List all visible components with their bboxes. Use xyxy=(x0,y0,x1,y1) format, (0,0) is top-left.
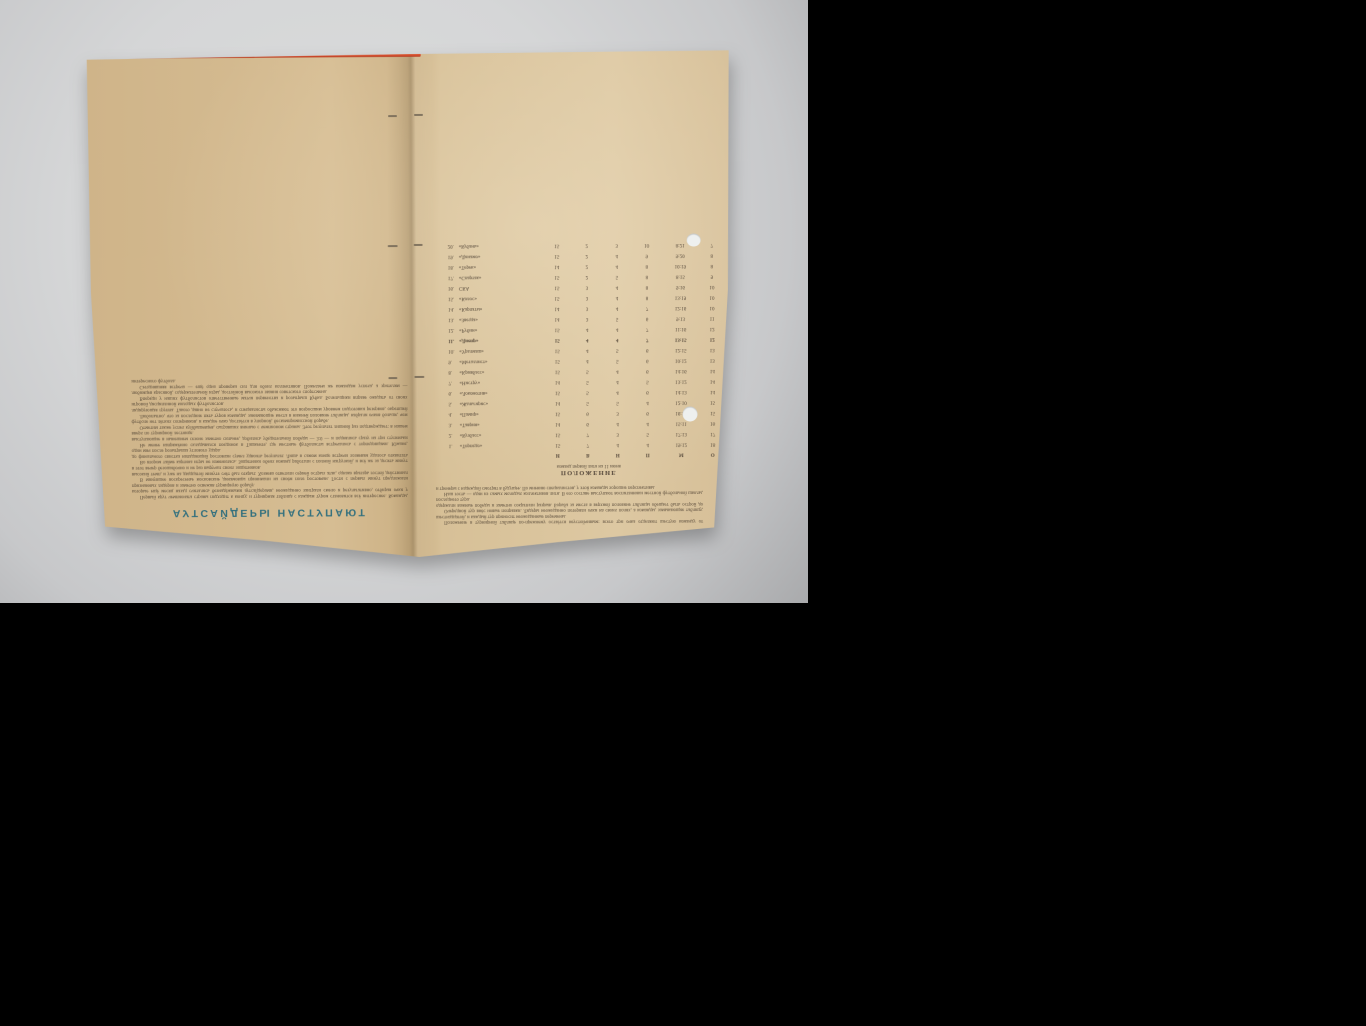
standings-paragraph: Очередной тур внёс новые поправки. Лидер… xyxy=(436,495,703,514)
team-position: 17. xyxy=(448,275,459,281)
points-cell: 10 xyxy=(699,295,725,301)
wins-cell: 5 xyxy=(572,390,602,396)
team-name: «Таврия» xyxy=(460,422,480,428)
wins-cell: 6 xyxy=(573,411,603,417)
team-name-cell: 18.«Терек» xyxy=(448,264,542,270)
points-cell: 9 xyxy=(699,274,725,280)
losses-cell: 6 xyxy=(632,358,662,364)
games-cell: 15 xyxy=(542,369,572,375)
losses-cell: 4 xyxy=(632,400,662,406)
losses-cell: 10 xyxy=(632,243,662,249)
team-name: «Кузбасс» xyxy=(460,433,482,439)
page-article-flip: АУТСАЙДЕРЫ НАСТУПАЮТ Первый круг чемпион… xyxy=(89,57,414,557)
team-name: «Колос» xyxy=(459,296,477,302)
losses-cell: 6 xyxy=(632,390,662,396)
draws-cell: 3 xyxy=(603,411,633,417)
staple-mark xyxy=(388,115,397,117)
team-name-cell: 17.«Спартак» xyxy=(448,275,542,281)
losses-cell: 6 xyxy=(632,348,662,354)
team-position: 3. xyxy=(449,422,460,428)
team-name: «Терек» xyxy=(459,265,476,271)
article-paragraph: Любопытно, что за последние пять туров к… xyxy=(131,399,407,418)
draws-cell: 4 xyxy=(602,369,632,375)
wins-cell: 4 xyxy=(572,338,602,344)
team-name-cell: 13.«Звезда» xyxy=(448,317,542,323)
table-row: 17.«Спартак» 15 2 5 8 8:15 9 xyxy=(448,271,728,283)
team-position: 7. xyxy=(448,380,459,386)
wins-cell: 3 xyxy=(572,317,602,323)
losses-cell: 4 xyxy=(633,421,663,427)
header-points: О xyxy=(700,452,726,458)
goals-cell: 17:13 xyxy=(663,432,700,438)
games-cell: 14 xyxy=(542,306,572,312)
article-body: Первый круг чемпионата страны подходит к… xyxy=(131,376,408,499)
team-name: «Нистру» xyxy=(459,380,480,386)
games-cell: 15 xyxy=(542,285,572,291)
games-cell: 14 xyxy=(542,401,572,407)
points-cell: 15 xyxy=(699,400,725,406)
draws-cell: 4 xyxy=(602,285,632,291)
article-paragraph: Отметим также успех куйбышевцев, сыгравш… xyxy=(132,417,408,430)
games-cell: 15 xyxy=(542,243,572,249)
table-row: 19.«Динамо» 15 2 4 9 9:20 8 xyxy=(448,250,728,262)
goals-cell: 14:13 xyxy=(662,390,699,396)
team-position: 13. xyxy=(448,317,459,323)
header-games: И xyxy=(543,452,573,458)
table-row: 11.«Днепр» 15 4 4 7 13:15 12 xyxy=(448,334,728,346)
team-name: «Динамо» xyxy=(459,254,481,260)
goals-cell: 15:11 xyxy=(663,421,700,427)
team-position: 14. xyxy=(448,307,459,313)
header-draws: Н xyxy=(603,452,633,458)
team-name: «Локомотив» xyxy=(459,391,487,397)
goals-cell: 9:20 xyxy=(662,253,699,259)
article-headline: АУТСАЙДЕРЫ НАСТУПАЮТ xyxy=(132,506,408,519)
points-cell: 13 xyxy=(699,358,725,364)
games-cell: 15 xyxy=(542,296,572,302)
draws-cell: 4 xyxy=(603,421,633,427)
games-cell: 15 xyxy=(542,390,572,396)
team-position: 19. xyxy=(448,254,459,260)
wins-cell: 2 xyxy=(572,275,602,281)
points-cell: 11 xyxy=(699,316,725,322)
team-name: СКА xyxy=(459,286,469,292)
losses-cell: 8 xyxy=(632,274,662,280)
center-fold-shadow xyxy=(387,51,436,559)
draws-cell: 5 xyxy=(602,358,632,364)
staple-mark xyxy=(414,244,423,246)
losses-cell: 7 xyxy=(632,327,662,333)
draws-cell: 4 xyxy=(602,306,632,312)
team-position: 9. xyxy=(448,359,459,365)
page-article: АУТСАЙДЕРЫ НАСТУПАЮТ Первый круг чемпион… xyxy=(89,57,414,557)
standings-header-row: И В Н П М О xyxy=(449,450,729,460)
open-booklet-upside-down: АУТСАЙДЕРЫ НАСТУПАЮТ Первый круг чемпион… xyxy=(87,49,732,560)
standings-paragraph: Положение в турнирной таблице по-прежнем… xyxy=(436,512,703,525)
wins-cell: 7 xyxy=(573,432,603,438)
draws-cell: 5 xyxy=(602,348,632,354)
goals-cell: 12:10 xyxy=(662,400,699,406)
table-row: 10.«Уралмаш» 15 4 5 6 12:15 13 xyxy=(448,345,728,357)
draws-cell: 4 xyxy=(602,295,632,301)
points-cell: 17 xyxy=(700,431,726,437)
goals-cell: 8:15 xyxy=(662,274,699,280)
games-cell: 14 xyxy=(542,264,572,270)
team-name-cell: 8.«Кривбасс» xyxy=(448,369,542,375)
team-name-cell: 15.«Колос» xyxy=(448,296,542,302)
team-name-cell: 6.«Локомотив» xyxy=(448,390,542,396)
draws-cell: 4 xyxy=(603,442,633,448)
losses-cell: 6 xyxy=(632,369,662,375)
team-name: «Кривбасс» xyxy=(459,370,484,376)
goals-cell: 19:12 xyxy=(663,442,700,448)
article-paragraph: Не менее напряжённо складывался поединок… xyxy=(132,428,408,447)
games-cell: 15 xyxy=(542,327,572,333)
booklet-wrapper: АУТСАЙДЕРЫ НАСТУПАЮТ Первый круг чемпион… xyxy=(87,49,734,562)
points-cell: 14 xyxy=(699,379,725,385)
wins-cell: 4 xyxy=(572,348,602,354)
games-cell: 15 xyxy=(542,254,572,260)
team-name-cell: 20.«Кубань» xyxy=(448,243,542,249)
draws-cell: 3 xyxy=(602,243,632,249)
points-cell: 14 xyxy=(699,368,725,374)
games-cell: 15 xyxy=(543,432,573,438)
goals-cell: 9:13 xyxy=(662,316,699,322)
points-cell: 7 xyxy=(699,242,725,248)
wins-cell: 5 xyxy=(572,380,602,386)
table-row: 14.«Карпаты» 14 3 4 7 12:16 10 xyxy=(448,303,728,315)
games-cell: 14 xyxy=(542,317,572,323)
staple-mark xyxy=(414,376,424,378)
team-name: «Торпедо» xyxy=(460,443,483,449)
staple-mark xyxy=(388,245,398,247)
page-standings-flip: Положение в турнирной таблице по-прежнем… xyxy=(411,51,732,553)
goals-cell: 11:16 xyxy=(662,327,699,333)
team-name-cell: 16.СКА xyxy=(448,285,542,291)
team-name: «Рубин» xyxy=(459,328,477,334)
header-losses: П xyxy=(633,452,663,458)
desk-photo-background: АУТСАЙДЕРЫ НАСТУПАЮТ Первый круг чемпион… xyxy=(0,0,808,603)
draws-cell: 5 xyxy=(602,316,632,322)
team-name-cell: 9.«Металлист» xyxy=(448,359,542,365)
team-position: 12. xyxy=(448,328,459,334)
goals-cell: 13:15 xyxy=(662,337,699,343)
draws-cell: 4 xyxy=(602,327,632,333)
wins-cell: 5 xyxy=(572,369,602,375)
points-cell: 8 xyxy=(699,253,725,259)
table-row: 20.«Кубань» 15 2 3 10 8:21 7 xyxy=(448,240,728,252)
punch-hole xyxy=(683,406,698,421)
team-position: 20. xyxy=(448,244,459,250)
draws-cell: 5 xyxy=(602,400,632,406)
games-cell: 15 xyxy=(542,348,572,354)
article-paragraph: Первый круг чемпионата страны подходит к… xyxy=(132,481,408,500)
draws-cell: 4 xyxy=(602,390,632,396)
standings-intro-text: Положение в турнирной таблице по-прежнем… xyxy=(436,484,703,525)
table-row: 16.СКА 15 3 4 8 9:16 10 xyxy=(448,282,728,294)
team-position: 5. xyxy=(448,401,459,407)
standings-title: ПОЛОЖЕНИЕ xyxy=(449,468,729,477)
points-cell: 10 xyxy=(699,284,725,290)
games-cell: 14 xyxy=(543,422,573,428)
points-cell: 13 xyxy=(699,347,725,353)
article-paragraph: Впереди у наших футболистов ответственны… xyxy=(131,388,407,401)
wins-cell: 3 xyxy=(572,306,602,312)
games-cell: 15 xyxy=(542,338,572,344)
table-row: 8.«Кривбасс» 15 5 4 6 14:16 14 xyxy=(448,366,728,378)
team-name-cell: 11.«Днепр» xyxy=(448,338,542,344)
games-cell: 15 xyxy=(542,359,572,365)
table-row: 12.«Рубин» 15 4 4 7 11:16 12 xyxy=(448,324,728,336)
wins-cell: 2 xyxy=(572,254,602,260)
wins-cell: 2 xyxy=(572,264,602,270)
points-cell: 15 xyxy=(700,410,726,416)
page-standings: Положение в турнирной таблице по-прежнем… xyxy=(411,51,732,553)
team-name: «Жальгирис» xyxy=(459,401,488,407)
team-name-cell: 12.«Рубин» xyxy=(448,327,542,333)
games-cell: 14 xyxy=(542,380,572,386)
team-position: 6. xyxy=(448,391,459,397)
wins-cell: 4 xyxy=(572,359,602,365)
table-row: 7.«Нистру» 14 5 4 5 13:12 14 xyxy=(448,376,728,388)
team-position: 16. xyxy=(448,286,459,292)
team-position: 2. xyxy=(449,433,460,439)
team-position: 8. xyxy=(448,370,459,376)
wins-cell: 6 xyxy=(573,422,603,428)
team-name-cell: 14.«Карпаты» xyxy=(448,306,542,312)
wins-cell: 3 xyxy=(572,296,602,302)
wins-cell: 4 xyxy=(572,327,602,333)
team-position: 11. xyxy=(448,338,459,344)
losses-cell: 4 xyxy=(633,442,663,448)
team-name: «Уралмаш» xyxy=(459,349,484,355)
team-name: «Металлист» xyxy=(459,359,487,365)
team-name: «Памир» xyxy=(460,412,479,418)
losses-cell: 5 xyxy=(633,432,663,438)
header-wins: В xyxy=(573,452,603,458)
wins-cell: 5 xyxy=(572,401,602,407)
table-row: 15.«Колос» 15 3 4 8 13:19 10 xyxy=(448,292,728,304)
team-name-cell: 5.«Жальгирис» xyxy=(448,401,542,407)
punch-hole xyxy=(687,233,701,246)
goals-cell: 13:19 xyxy=(662,295,699,301)
losses-cell: 8 xyxy=(632,264,662,270)
staple-mark xyxy=(414,114,423,116)
team-name: «Кубань» xyxy=(459,244,479,250)
points-cell: 16 xyxy=(700,421,726,427)
losses-cell: 9 xyxy=(632,253,662,259)
table-row: 1.«Торпедо» 15 7 4 4 19:12 18 xyxy=(449,439,729,451)
points-cell: 18 xyxy=(700,442,726,448)
team-name-cell: 19.«Динамо» xyxy=(448,254,542,260)
goals-cell: 10:12 xyxy=(662,358,699,364)
team-name-cell: 3.«Таврия» xyxy=(449,422,543,428)
draws-cell: 3 xyxy=(603,432,633,438)
team-position: 4. xyxy=(449,412,460,418)
team-name: «Звезда» xyxy=(459,317,478,323)
points-cell: 10 xyxy=(699,305,725,311)
standings-paragraph: Наш гость — один из самых молодых коллек… xyxy=(436,484,703,497)
table-row: 2.«Кузбасс» 15 7 3 5 17:13 17 xyxy=(449,429,729,441)
page-standings-content: Положение в турнирной таблице по-прежнем… xyxy=(411,51,732,553)
losses-cell: 8 xyxy=(632,285,662,291)
draws-cell: 4 xyxy=(602,337,632,343)
table-row: 6.«Локомотив» 15 5 4 6 14:13 14 xyxy=(448,387,728,399)
article-paragraph: Во втором тайме картина игры не изменила… xyxy=(132,446,408,465)
team-name: «Днепр» xyxy=(459,338,478,344)
team-position: 15. xyxy=(448,296,459,302)
games-cell: 15 xyxy=(543,411,573,417)
page-article-content: АУТСАЙДЕРЫ НАСТУПАЮТ Первый круг чемпион… xyxy=(89,57,414,557)
team-name-cell: 1.«Торпедо» xyxy=(449,443,543,449)
wins-cell: 7 xyxy=(573,443,603,449)
goals-cell: 13:12 xyxy=(662,379,699,385)
team-name-cell: 10.«Уралмаш» xyxy=(448,348,542,354)
table-row: 9.«Металлист» 15 4 5 6 10:12 13 xyxy=(448,355,728,367)
draws-cell: 4 xyxy=(602,253,632,259)
games-cell: 15 xyxy=(542,275,572,281)
standings-table: ПОЛОЖЕНИЕ команд первой лиги на 11 июня … xyxy=(448,240,729,478)
article-paragraph: Сегодняшняя встреча — ещё одна проверка … xyxy=(131,376,407,389)
team-position: 1. xyxy=(449,443,460,449)
points-cell: 14 xyxy=(699,389,725,395)
points-cell: 12 xyxy=(699,337,725,343)
losses-cell: 7 xyxy=(632,337,662,343)
goals-cell: 12:16 xyxy=(662,306,699,312)
team-name-cell: 7.«Нистру» xyxy=(448,380,542,386)
team-position: 10. xyxy=(448,349,459,355)
goals-cell: 14:16 xyxy=(662,369,699,375)
team-name: «Карпаты» xyxy=(459,307,482,313)
team-position: 18. xyxy=(448,265,459,271)
wins-cell: 2 xyxy=(572,243,602,249)
losses-cell: 6 xyxy=(633,411,663,417)
losses-cell: 7 xyxy=(632,306,662,312)
losses-cell: 5 xyxy=(632,379,662,385)
points-cell: 12 xyxy=(699,326,725,332)
table-row: 13.«Звезда» 14 3 5 6 9:13 11 xyxy=(448,313,728,325)
draws-cell: 5 xyxy=(602,274,632,280)
losses-cell: 6 xyxy=(632,316,662,322)
table-row: 18.«Терек» 14 2 4 8 10:19 8 xyxy=(448,261,728,273)
wins-cell: 3 xyxy=(572,285,602,291)
header-goals: М xyxy=(663,452,700,458)
goals-cell: 9:16 xyxy=(662,285,699,291)
goals-cell: 12:15 xyxy=(662,348,699,354)
draws-cell: 4 xyxy=(602,264,632,270)
draws-cell: 4 xyxy=(602,379,632,385)
article-paragraph: В минувшее воскресенье московские динамо… xyxy=(132,463,408,482)
team-name-cell: 2.«Кузбасс» xyxy=(449,432,543,438)
goals-cell: 10:19 xyxy=(662,264,699,270)
games-cell: 15 xyxy=(543,443,573,449)
points-cell: 8 xyxy=(699,263,725,269)
staple-mark xyxy=(388,377,397,379)
team-name: «Спартак» xyxy=(459,275,482,281)
losses-cell: 8 xyxy=(632,295,662,301)
team-name-cell: 4.«Памир» xyxy=(449,411,543,417)
